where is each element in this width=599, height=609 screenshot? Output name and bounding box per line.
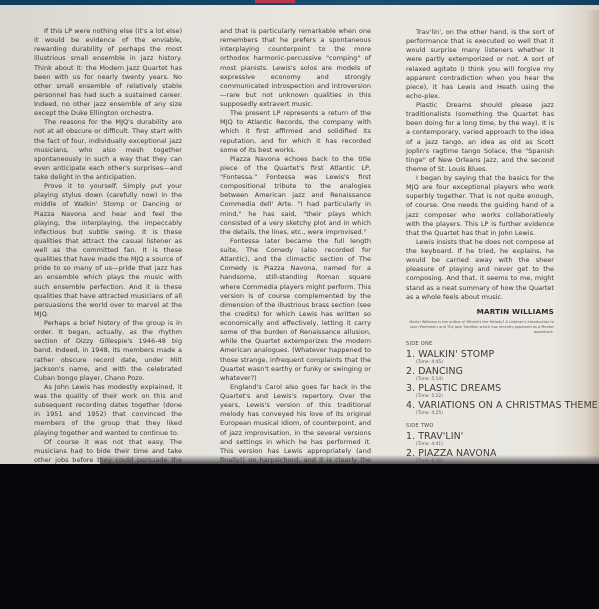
paragraph: England's Carol also goes far back in th…: [220, 383, 371, 464]
paragraph: As John Lewis has modestly explained, it…: [34, 383, 182, 438]
album-cover-edge: [0, 0, 599, 5]
paragraph: Perhaps a brief history of the group is …: [34, 319, 182, 383]
paragraph: If this LP were nothing else (it's a lot…: [34, 27, 182, 118]
side-one-tracklist: 1. WALKIN' STOMP (Time: 4:45) 2. DANCING…: [406, 350, 554, 417]
liner-notes-column-3: Trav'lin', on the other hand, is the sor…: [406, 28, 554, 464]
liner-notes-column-2: and that is particularly remarkable when…: [220, 27, 371, 464]
paragraph: and that is particularly remarkable when…: [220, 27, 371, 109]
author-note: Martin Williams is the author of Where's…: [406, 320, 554, 335]
side-two-label: SIDE TWO: [406, 422, 554, 431]
paragraph: Fontessa later became the full length su…: [220, 237, 371, 383]
liner-notes-column-1: If this LP were nothing else (it's a lot…: [34, 27, 182, 464]
side-one-label: SIDE ONE: [406, 340, 554, 349]
liner-notes-sheet: If this LP were nothing else (it's a lot…: [0, 0, 599, 464]
paragraph: Plastic Dreams should please jazz tradit…: [406, 101, 554, 174]
paragraph: Prove it to yourself. Simply put your pl…: [34, 182, 182, 319]
paragraph: I began by saying that the basics for th…: [406, 174, 554, 238]
track-time: (Time: 4:25): [416, 411, 554, 417]
paragraph: The reasons for the MJQ's durability are…: [34, 118, 182, 182]
paragraph: Piazza Navona echoes back to the title p…: [220, 155, 371, 237]
photo-shadow-edge: [100, 455, 599, 464]
paragraph: Lewis insists that he does not compose a…: [406, 238, 554, 302]
track-title: 3. PLASTIC DREAMS: [406, 384, 554, 394]
background-black: [0, 464, 599, 609]
track-title: 1. WALKIN' STOMP: [406, 350, 554, 360]
author-byline: MARTIN WILLIAMS: [406, 307, 554, 316]
track-title: 2. DANCING: [406, 367, 554, 377]
paragraph: The present LP represents a return of th…: [220, 109, 371, 155]
paragraph: Trav'lin', on the other hand, is the sor…: [406, 28, 554, 101]
paper-stain: [585, 10, 599, 460]
track-title: 1. TRAV'LIN': [406, 432, 554, 442]
track-title: 4. VARIATIONS ON A CHRISTMAS THEME: [406, 401, 554, 411]
